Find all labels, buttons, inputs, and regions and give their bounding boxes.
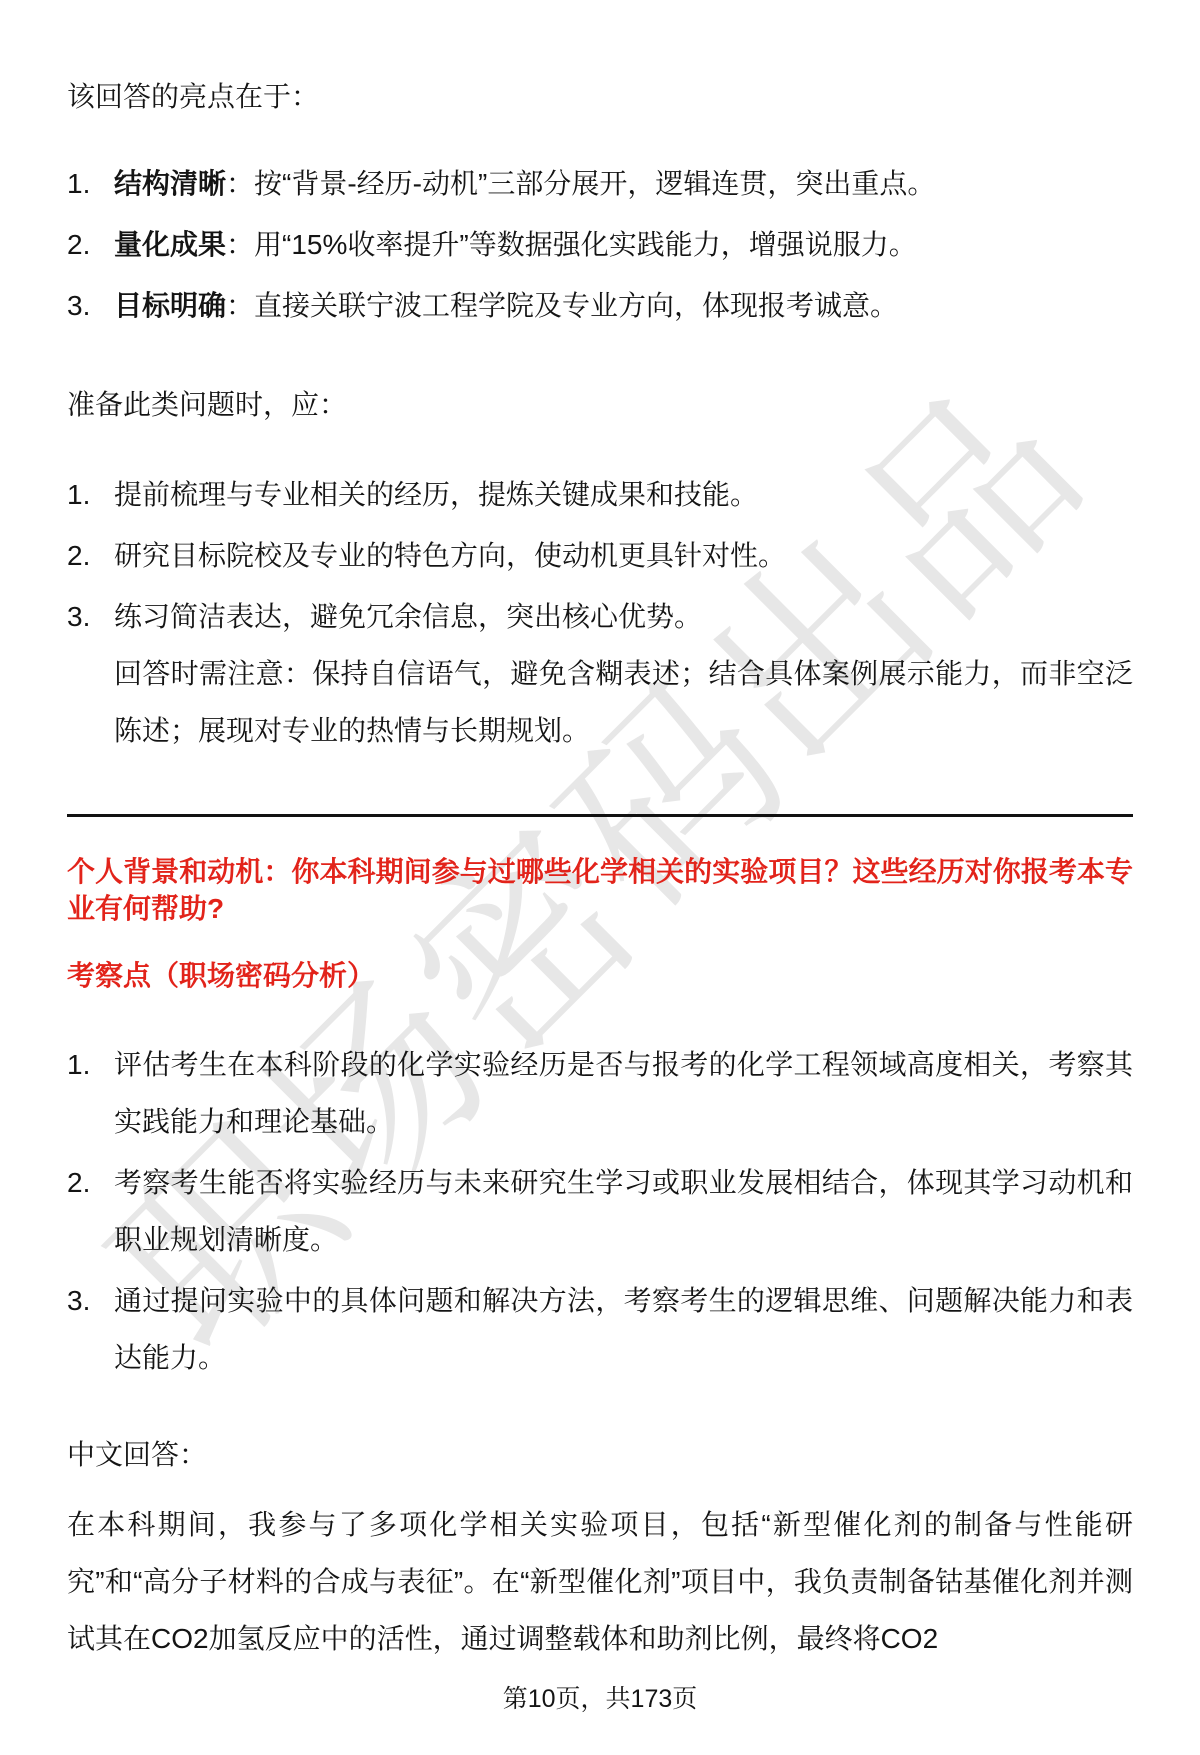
section-divider bbox=[67, 814, 1133, 817]
list-item: 3. 目标明确：直接关联宁波工程学院及专业方向，体现报考诚意。 bbox=[67, 277, 1133, 334]
preparation-intro: 准备此类问题时，应： bbox=[67, 376, 1133, 433]
item-number: 2. bbox=[67, 1154, 114, 1211]
item-text: 目标明确：直接关联宁波工程学院及专业方向，体现报考诚意。 bbox=[114, 277, 1133, 334]
item-number: 2. bbox=[67, 216, 114, 273]
item-number: 3. bbox=[67, 277, 114, 334]
item-rest-text: ：用“15%收率提升”等数据强化实践能力，增强说服力。 bbox=[226, 229, 917, 260]
answer-label: 中文回答： bbox=[67, 1426, 1133, 1483]
page-footer: 第10页，共173页 bbox=[0, 1682, 1200, 1716]
item-text: 研究目标院校及专业的特色方向，使动机更具针对性。 bbox=[114, 527, 1133, 584]
item-number: 3. bbox=[67, 1272, 114, 1329]
item-number: 1. bbox=[67, 1036, 114, 1093]
list-item: 2. 量化成果：用“15%收率提升”等数据强化实践能力，增强说服力。 bbox=[67, 216, 1133, 273]
answer-body: 在本科期间，我参与了多项化学相关实验项目，包括“新型催化剂的制备与性能研究”和“… bbox=[67, 1496, 1133, 1667]
item-text: 练习简洁表达，避免冗余信息，突出核心优势。 回答时需注意：保持自信语气，避免含糊… bbox=[114, 588, 1133, 759]
list-item: 2. 考察考生能否将实验经历与未来研究生学习或职业发展相结合，体现其学习动机和职… bbox=[67, 1154, 1133, 1268]
item-note-text: 回答时需注意：保持自信语气，避免含糊表述；结合具体案例展示能力，而非空泛陈述；展… bbox=[114, 645, 1133, 759]
item-number: 2. bbox=[67, 527, 114, 584]
item-text: 量化成果：用“15%收率提升”等数据强化实践能力，增强说服力。 bbox=[114, 216, 1133, 273]
question-subtitle: 考察点（职场密码分析） bbox=[67, 957, 1133, 994]
highlights-list: 1. 结构清晰：按“背景-经历-动机”三部分展开，逻辑连贯，突出重点。 2. 量… bbox=[67, 155, 1133, 334]
item-number: 3. bbox=[67, 588, 114, 645]
highlights-intro: 该回答的亮点在于： bbox=[67, 68, 1133, 125]
question-title: 个人背景和动机：你本科期间参与过哪些化学相关的实验项目？这些经历对你报考本专业有… bbox=[67, 853, 1133, 927]
document-page: 职场密码出品 该回答的亮点在于： 1. 结构清晰：按“背景-经历-动机”三部分展… bbox=[0, 0, 1200, 1755]
item-text: 提前梳理与专业相关的经历，提炼关键成果和技能。 bbox=[114, 466, 1133, 523]
item-number: 1. bbox=[67, 155, 114, 212]
item-text: 考察考生能否将实验经历与未来研究生学习或职业发展相结合，体现其学习动机和职业规划… bbox=[114, 1154, 1133, 1268]
preparation-list: 1. 提前梳理与专业相关的经历，提炼关键成果和技能。 2. 研究目标院校及专业的… bbox=[67, 466, 1133, 759]
list-item: 1. 评估考生在本科阶段的化学实验经历是否与报考的化学工程领域高度相关，考察其实… bbox=[67, 1036, 1133, 1150]
list-item: 1. 结构清晰：按“背景-经历-动机”三部分展开，逻辑连贯，突出重点。 bbox=[67, 155, 1133, 212]
page-content: 该回答的亮点在于： 1. 结构清晰：按“背景-经历-动机”三部分展开，逻辑连贯，… bbox=[0, 0, 1200, 1667]
item-bold-label: 量化成果 bbox=[114, 229, 226, 260]
assessment-points-list: 1. 评估考生在本科阶段的化学实验经历是否与报考的化学工程领域高度相关，考察其实… bbox=[67, 1036, 1133, 1386]
list-item: 3. 练习简洁表达，避免冗余信息，突出核心优势。 回答时需注意：保持自信语气，避… bbox=[67, 588, 1133, 759]
item-number: 1. bbox=[67, 466, 114, 523]
list-item: 3. 通过提问实验中的具体问题和解决方法，考察考生的逻辑思维、问题解决能力和表达… bbox=[67, 1272, 1133, 1386]
item-bold-label: 目标明确 bbox=[114, 290, 226, 321]
item-rest-text: ：直接关联宁波工程学院及专业方向，体现报考诚意。 bbox=[226, 290, 898, 321]
item-rest-text: ：按“背景-经历-动机”三部分展开，逻辑连贯，突出重点。 bbox=[226, 168, 935, 199]
item-text: 通过提问实验中的具体问题和解决方法，考察考生的逻辑思维、问题解决能力和表达能力。 bbox=[114, 1272, 1133, 1386]
item-text: 评估考生在本科阶段的化学实验经历是否与报考的化学工程领域高度相关，考察其实践能力… bbox=[114, 1036, 1133, 1150]
item-bold-label: 结构清晰 bbox=[114, 168, 226, 199]
item-main-text: 练习简洁表达，避免冗余信息，突出核心优势。 bbox=[114, 588, 1133, 645]
item-text: 结构清晰：按“背景-经历-动机”三部分展开，逻辑连贯，突出重点。 bbox=[114, 155, 1133, 212]
list-item: 2. 研究目标院校及专业的特色方向，使动机更具针对性。 bbox=[67, 527, 1133, 584]
list-item: 1. 提前梳理与专业相关的经历，提炼关键成果和技能。 bbox=[67, 466, 1133, 523]
